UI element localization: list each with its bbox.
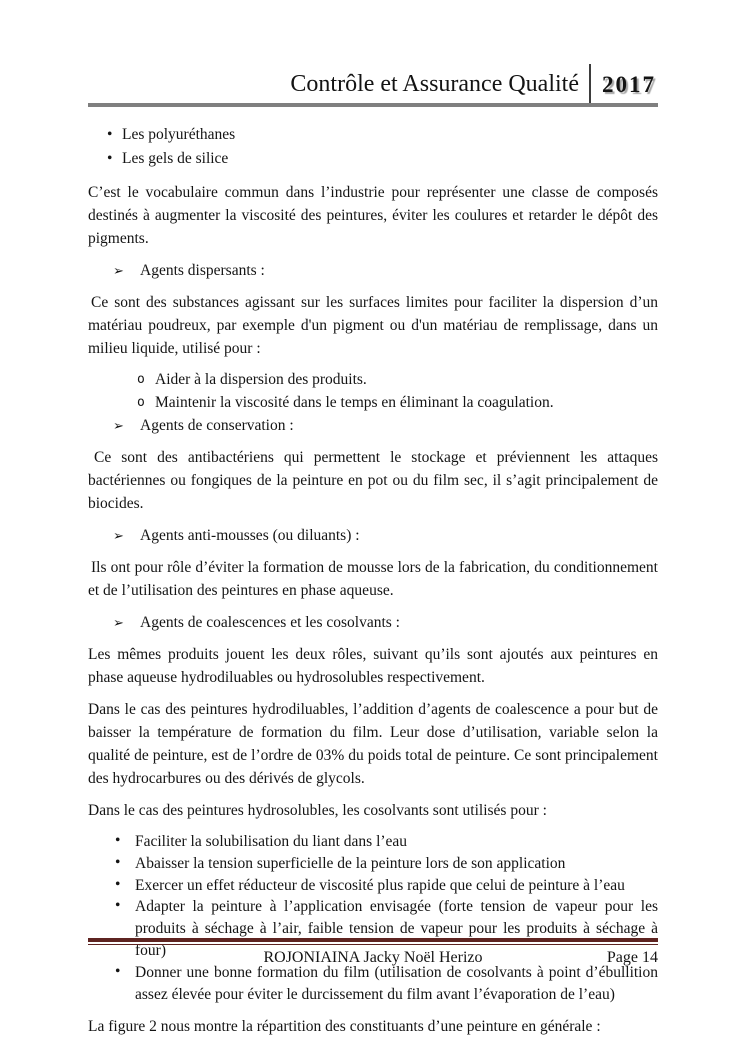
bullet-list-cosolvants: • Faciliter la solubilisation du liant d… [88,831,658,1005]
header-title: Contrôle et Assurance Qualité [290,64,589,103]
page-footer: ROJONIAINA Jacky Noël Herizo Page 14 [88,938,658,968]
header-year: 2017 [591,64,658,103]
bullet-list-thickeners: • Les polyuréthanes • Les gels de silice [88,123,658,171]
heading-text: Agents dispersants : [140,262,265,279]
circle-bullet-icon: o [137,369,145,392]
bullet-icon: • [115,895,120,917]
list-item: • Faciliter la solubilisation du liant d… [88,831,658,853]
circle-list-dispersants: o Aider à la dispersion des produits. o … [88,369,658,414]
document-body: • Les polyuréthanes • Les gels de silice… [88,123,658,1038]
paragraph-hydrodiluables: Dans le cas des peintures hydrodiluables… [88,698,658,790]
paragraph-substances: Ce sont des substances agissant sur les … [88,291,658,360]
arrow-bullet-icon: ➢ [113,415,124,438]
paragraph-vocabulaire: C’est le vocabulaire commun dans l’indus… [88,181,658,250]
list-item-text: Les gels de silice [122,150,228,167]
footer-page-number: Page 14 [607,948,658,968]
list-item-text: Donner une bonne formation du film (util… [135,964,658,1003]
bullet-icon: • [115,852,120,874]
list-item: o Aider à la dispersion des produits. [88,369,658,392]
heading-agents-dispersants: ➢ Agents dispersants : [88,259,658,282]
paragraph-role-mousse: Ils ont pour rôle d’éviter la formation … [88,556,658,602]
list-item: o Maintenir la viscosité dans le temps e… [88,392,658,415]
document-page: Contrôle et Assurance Qualité 2017 • Les… [0,0,745,1053]
footer-author: ROJONIAINA Jacky Noël Herizo [88,948,658,968]
heading-agents-coalescences: ➢ Agents de coalescences et les cosolvan… [88,611,658,634]
list-item: • Les polyuréthanes [88,123,658,147]
list-item: • Les gels de silice [88,147,658,171]
heading-text: Agents anti-mousses (ou diluants) : [140,527,360,544]
arrow-bullet-icon: ➢ [113,612,124,635]
footer-rule-line [88,938,658,945]
bullet-icon: • [107,147,112,171]
list-item-text: Les polyuréthanes [122,126,235,143]
bullet-icon: • [115,874,120,896]
heading-agents-conservation: ➢ Agents de conservation : [88,414,658,437]
list-item: • Abaisser la tension superficielle de l… [88,853,658,875]
list-item: • Exercer un effet réducteur de viscosit… [88,875,658,897]
paragraph-figure2: La figure 2 nous montre la répartition d… [88,1015,658,1038]
paragraph-antibacteriens: Ce sont des antibactériens qui permetten… [88,446,658,515]
heading-text: Agents de coalescences et les cosolvants… [140,614,400,631]
paragraph-memes-produits: Les mêmes produits jouent les deux rôles… [88,643,658,689]
list-item-text: Faciliter la solubilisation du liant dan… [135,833,407,850]
list-item-text: Aider à la dispersion des produits. [155,371,367,388]
list-item: • Donner une bonne formation du film (ut… [88,962,658,1006]
heading-agents-antimousses: ➢ Agents anti-mousses (ou diluants) : [88,524,658,547]
arrow-bullet-icon: ➢ [113,525,124,548]
arrow-bullet-icon: ➢ [113,260,124,283]
list-item-text: Maintenir la viscosité dans le temps en … [155,394,554,411]
bullet-icon: • [115,830,120,852]
list-item-text: Exercer un effet réducteur de viscosité … [135,877,625,894]
list-item-text: Abaisser la tension superficielle de la … [135,855,565,872]
circle-bullet-icon: o [137,392,145,415]
page-header: Contrôle et Assurance Qualité 2017 [88,64,658,107]
heading-text: Agents de conservation : [140,417,294,434]
bullet-icon: • [107,123,112,147]
paragraph-hydrosolubles-intro: Dans le cas des peintures hydrosolubles,… [88,799,658,822]
